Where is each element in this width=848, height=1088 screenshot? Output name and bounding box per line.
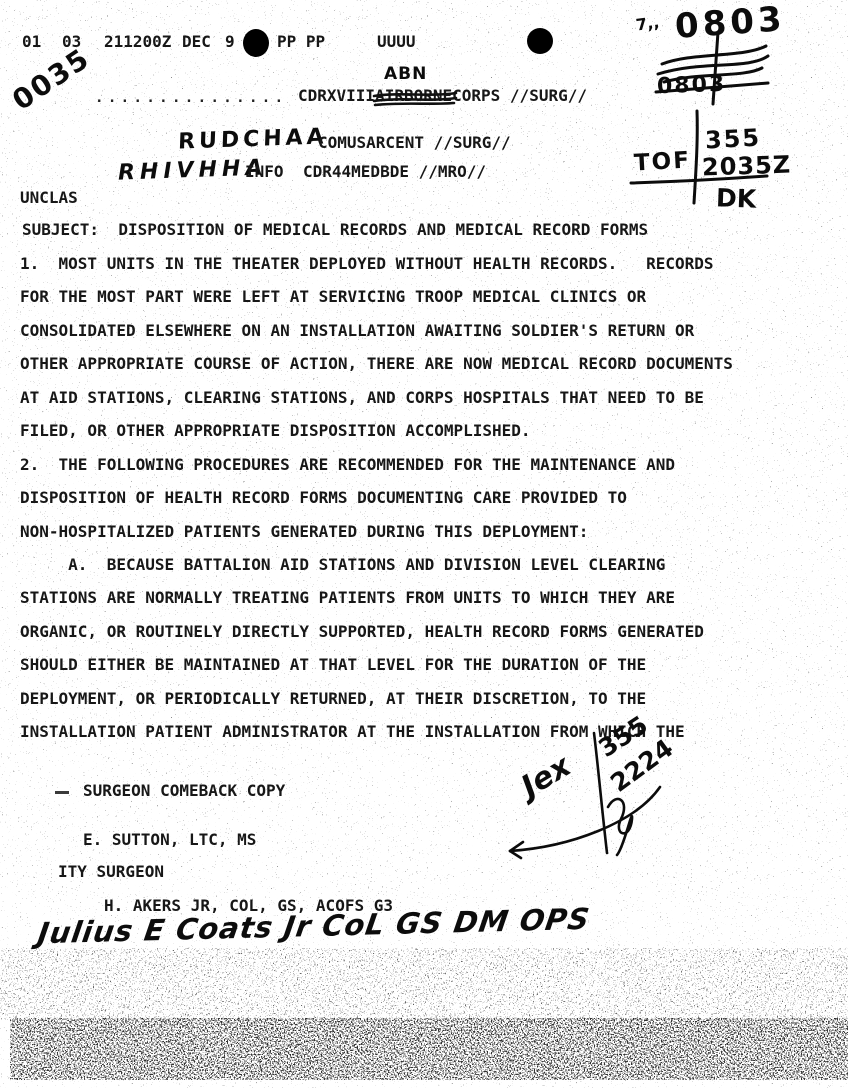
info-address: CDR44MEDBDE //MRO//: [303, 163, 486, 181]
subject-line: SUBJECT: DISPOSITION OF MEDICAL RECORDS …: [22, 221, 648, 239]
body-line: STATIONS ARE NORMALLY TREATING PATIENTS …: [20, 581, 733, 614]
from-prefix: CDRXVIII: [298, 86, 375, 105]
header-date-time-group: 211200Z: [104, 33, 171, 51]
handwritten-routing-to: RUDCHAA: [178, 126, 328, 153]
body-line: 2. THE FOLLOWING PROCEDURES ARE RECOMMEN…: [20, 448, 733, 481]
from-struck-word: AIRBORNE: [375, 86, 452, 105]
from-suffix: CORPS //SURG//: [452, 86, 587, 105]
body-line: FOR THE MOST PART WERE LEFT AT SERVICING…: [20, 280, 733, 313]
handwritten-struck-number: 0803: [657, 74, 727, 98]
header-precedence: PP PP: [277, 33, 325, 51]
message-body: 1. MOST UNITS IN THE THEATER DEPLOYED WI…: [20, 247, 733, 749]
header-month: DEC: [182, 33, 211, 51]
comeback-copy-line: SURGEON COMEBACK COPY: [83, 782, 285, 800]
from-address-line: CDRXVIIIAIRBORNECORPS //SURG//: [298, 87, 587, 105]
signer-name-line: E. SUTTON, LTC, MS: [83, 831, 256, 849]
handwritten-number-0035: 0035: [8, 44, 95, 115]
body-line: ORGANIC, OR ROUTINELY DIRECTLY SUPPORTED…: [20, 615, 733, 648]
body-line: NON-HOSPITALIZED PATIENTS GENERATED DURI…: [20, 515, 733, 548]
body-line: AT AID STATIONS, CLEARING STATIONS, AND …: [20, 381, 733, 414]
body-line: SHOULD EITHER BE MAINTAINED AT THAT LEVE…: [20, 648, 733, 681]
handwritten-tof-time: 2035Z: [702, 152, 792, 179]
handwritten-tof-label: TOF: [633, 150, 691, 176]
header-col1: 01: [22, 33, 41, 51]
signer-title-line: ITY SURGEON: [58, 863, 164, 881]
redaction-dot-right: [527, 28, 553, 54]
handwritten-tof-number: 355: [704, 126, 761, 153]
header-year-digit: 9: [225, 33, 235, 51]
handwritten-number-0803: 0803: [674, 2, 787, 44]
body-line: FILED, OR OTHER APPROPRIATE DISPOSITION …: [20, 414, 733, 447]
body-line: DISPOSITION OF HEALTH RECORD FORMS DOCUM…: [20, 481, 733, 514]
body-line: DEPLOYMENT, OR PERIODICALLY RETURNED, AT…: [20, 682, 733, 715]
info-label: INFO: [245, 163, 284, 181]
to-address: COMUSARCENT //SURG//: [318, 134, 511, 152]
scanned-document-page: 01 03 211200Z DEC 9 PP PP UUUU 0035 7,, …: [0, 0, 848, 1088]
body-line: OTHER APPROPRIATE COURSE OF ACTION, THER…: [20, 347, 733, 380]
handwritten-tick-marks: 7,,: [635, 14, 660, 33]
body-line: A. BECAUSE BATTALION AID STATIONS AND DI…: [20, 548, 733, 581]
handwritten-abn: ABN: [384, 66, 427, 83]
classification-line: UNCLAS: [20, 189, 78, 207]
body-line: 1. MOST UNITS IN THE THEATER DEPLOYED WI…: [20, 247, 733, 280]
header-classification-group: UUUU: [377, 33, 416, 51]
handwritten-note-word: Jex: [517, 751, 576, 803]
typed-leader-dots: ...............: [95, 90, 287, 106]
stray-mark: [55, 791, 69, 794]
body-line: CONSOLIDATED ELSEWHERE ON AN INSTALLATIO…: [20, 314, 733, 347]
redaction-dot-left: [243, 29, 269, 57]
handwritten-initials: DK: [716, 185, 757, 211]
